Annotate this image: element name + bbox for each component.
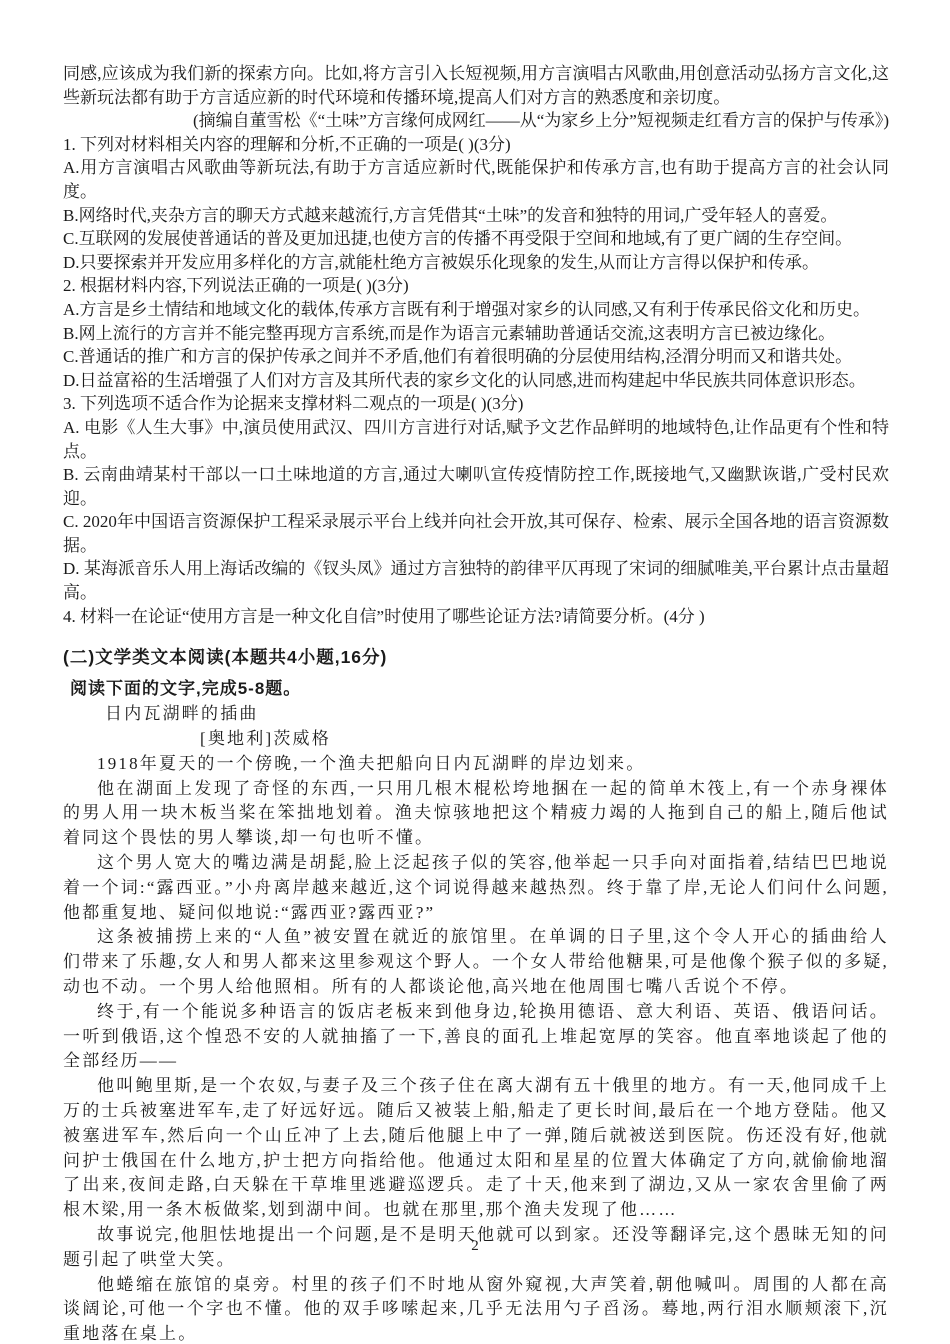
story-title: 日内瓦湖畔的插曲 [71,702,897,727]
question-1-option-d: D.只要探索并开发应用多样化的方言,就能杜绝方言被娱乐化现象的发生,从而让方言得… [63,251,889,275]
question-2-option-c: C.普通话的推广和方言的保护传承之间并不矛盾,他们有着很明确的分层使用结构,泾渭… [63,345,889,369]
reading-one-question-block: 同感,应该成为我们新的探索方向。比如,将方言引入长短视频,用方言演唱古风歌曲,用… [63,62,889,628]
question-4-stem: 4. 材料一在论证“使用方言是一种文化自信”时使用了哪些论证方法?请简要分析。(… [63,605,889,629]
question-1-option-c: C.互联网的发展使普通话的普及更加迅捷,也使方言的传播不再受限于空间和地域,有了… [63,227,889,251]
page-number: 2 [0,1238,950,1255]
story-paragraph: 他在湖面上发现了奇怪的东西,一只用几根木棍松垮地捆在一起的简单木筏上,有一个赤身… [63,777,889,851]
story-paragraph: 他蜷缩在旅馆的桌旁。村里的孩子们不时地从窗外窥视,大声笑着,朝他喊叫。周围的人都… [63,1273,889,1344]
question-2-option-a: A.方言是乡土情结和地域文化的载体,传承方言既有利于增强对家乡的认同感,又有利于… [63,298,889,322]
exam-page-content: 同感,应该成为我们新的探索方向。比如,将方言引入长短视频,用方言演唱古风歌曲,用… [63,62,889,1344]
story-paragraph: 终于,有一个能说多种语言的饭店老板来到他身边,轮换用德语、意大利语、英语、俄语问… [63,1000,889,1074]
source-attribution: (摘编自董雪松《“土味”方言缘何成网红——从“为家乡上分”短视频走红看方言的保护… [63,109,889,133]
story-paragraph: 1918年夏天的一个傍晚,一个渔夫把船向日内瓦湖畔的岸边划来。 [63,752,889,777]
continuation-paragraph: 同感,应该成为我们新的探索方向。比如,将方言引入长短视频,用方言演唱古风歌曲,用… [63,62,889,109]
question-3-stem: 3. 下列选项不适合作为论据来支撑材料二观点的一项是( )(3分) [63,392,889,416]
question-1-stem: 1. 下列对材料相关内容的理解和分析,不正确的一项是( )(3分) [63,133,889,157]
story-author: [奥地利]茨威格 [166,727,950,752]
question-2-option-b: B.网上流行的方言并不能完整再现方言系统,而是作为语言元素辅助普通话交流,这表明… [63,322,889,346]
question-3-option-b: B. 云南曲靖某村干部以一口土味地道的方言,通过大喇叭宣传疫情防控工作,既接地气… [63,463,889,510]
reading-instruction: 阅读下面的文字,完成5-8题。 [63,676,889,702]
section-two-heading: (二)文学类文本阅读(本题共4小题,16分) [63,644,889,670]
story-paragraph: 这条被捕捞上来的“人鱼”被安置在就近的旅馆里。在单调的日子里,这个令人开心的插曲… [63,925,889,999]
question-2-stem: 2. 根据材料内容,下列说法正确的一项是( )(3分) [63,274,889,298]
question-3-option-d: D. 某海派音乐人用上海话改编的《钗头凤》通过方言独特的韵律平仄再现了宋词的细腻… [63,557,889,604]
story-paragraph: 他叫鲍里斯,是一个农奴,与妻子及三个孩子住在离大湖有五十俄里的地方。有一天,他同… [63,1074,889,1223]
question-3-option-c: C. 2020年中国语言资源保护工程采录展示平台上线并向社会开放,其可保存、检索… [63,510,889,557]
question-1-option-a: A.用方言演唱古风歌曲等新玩法,有助于方言适应新时代,既能保护和传承方言,也有助… [63,156,889,203]
question-2-option-d: D.日益富裕的生活增强了人们对方言及其所代表的家乡文化的认同感,进而构建起中华民… [63,369,889,393]
question-1-option-b: B.网络时代,夹杂方言的聊天方式越来越流行,方言凭借其“土味”的发音和独特的用词… [63,204,889,228]
story-paragraph: 这个男人宽大的嘴边满是胡髭,脸上泛起孩子似的笑容,他举起一只手向对面指着,结结巴… [63,851,889,925]
question-3-option-a: A. 电影《人生大事》中,演员使用武汉、四川方言进行对话,赋予文艺作品鲜明的地域… [63,416,889,463]
